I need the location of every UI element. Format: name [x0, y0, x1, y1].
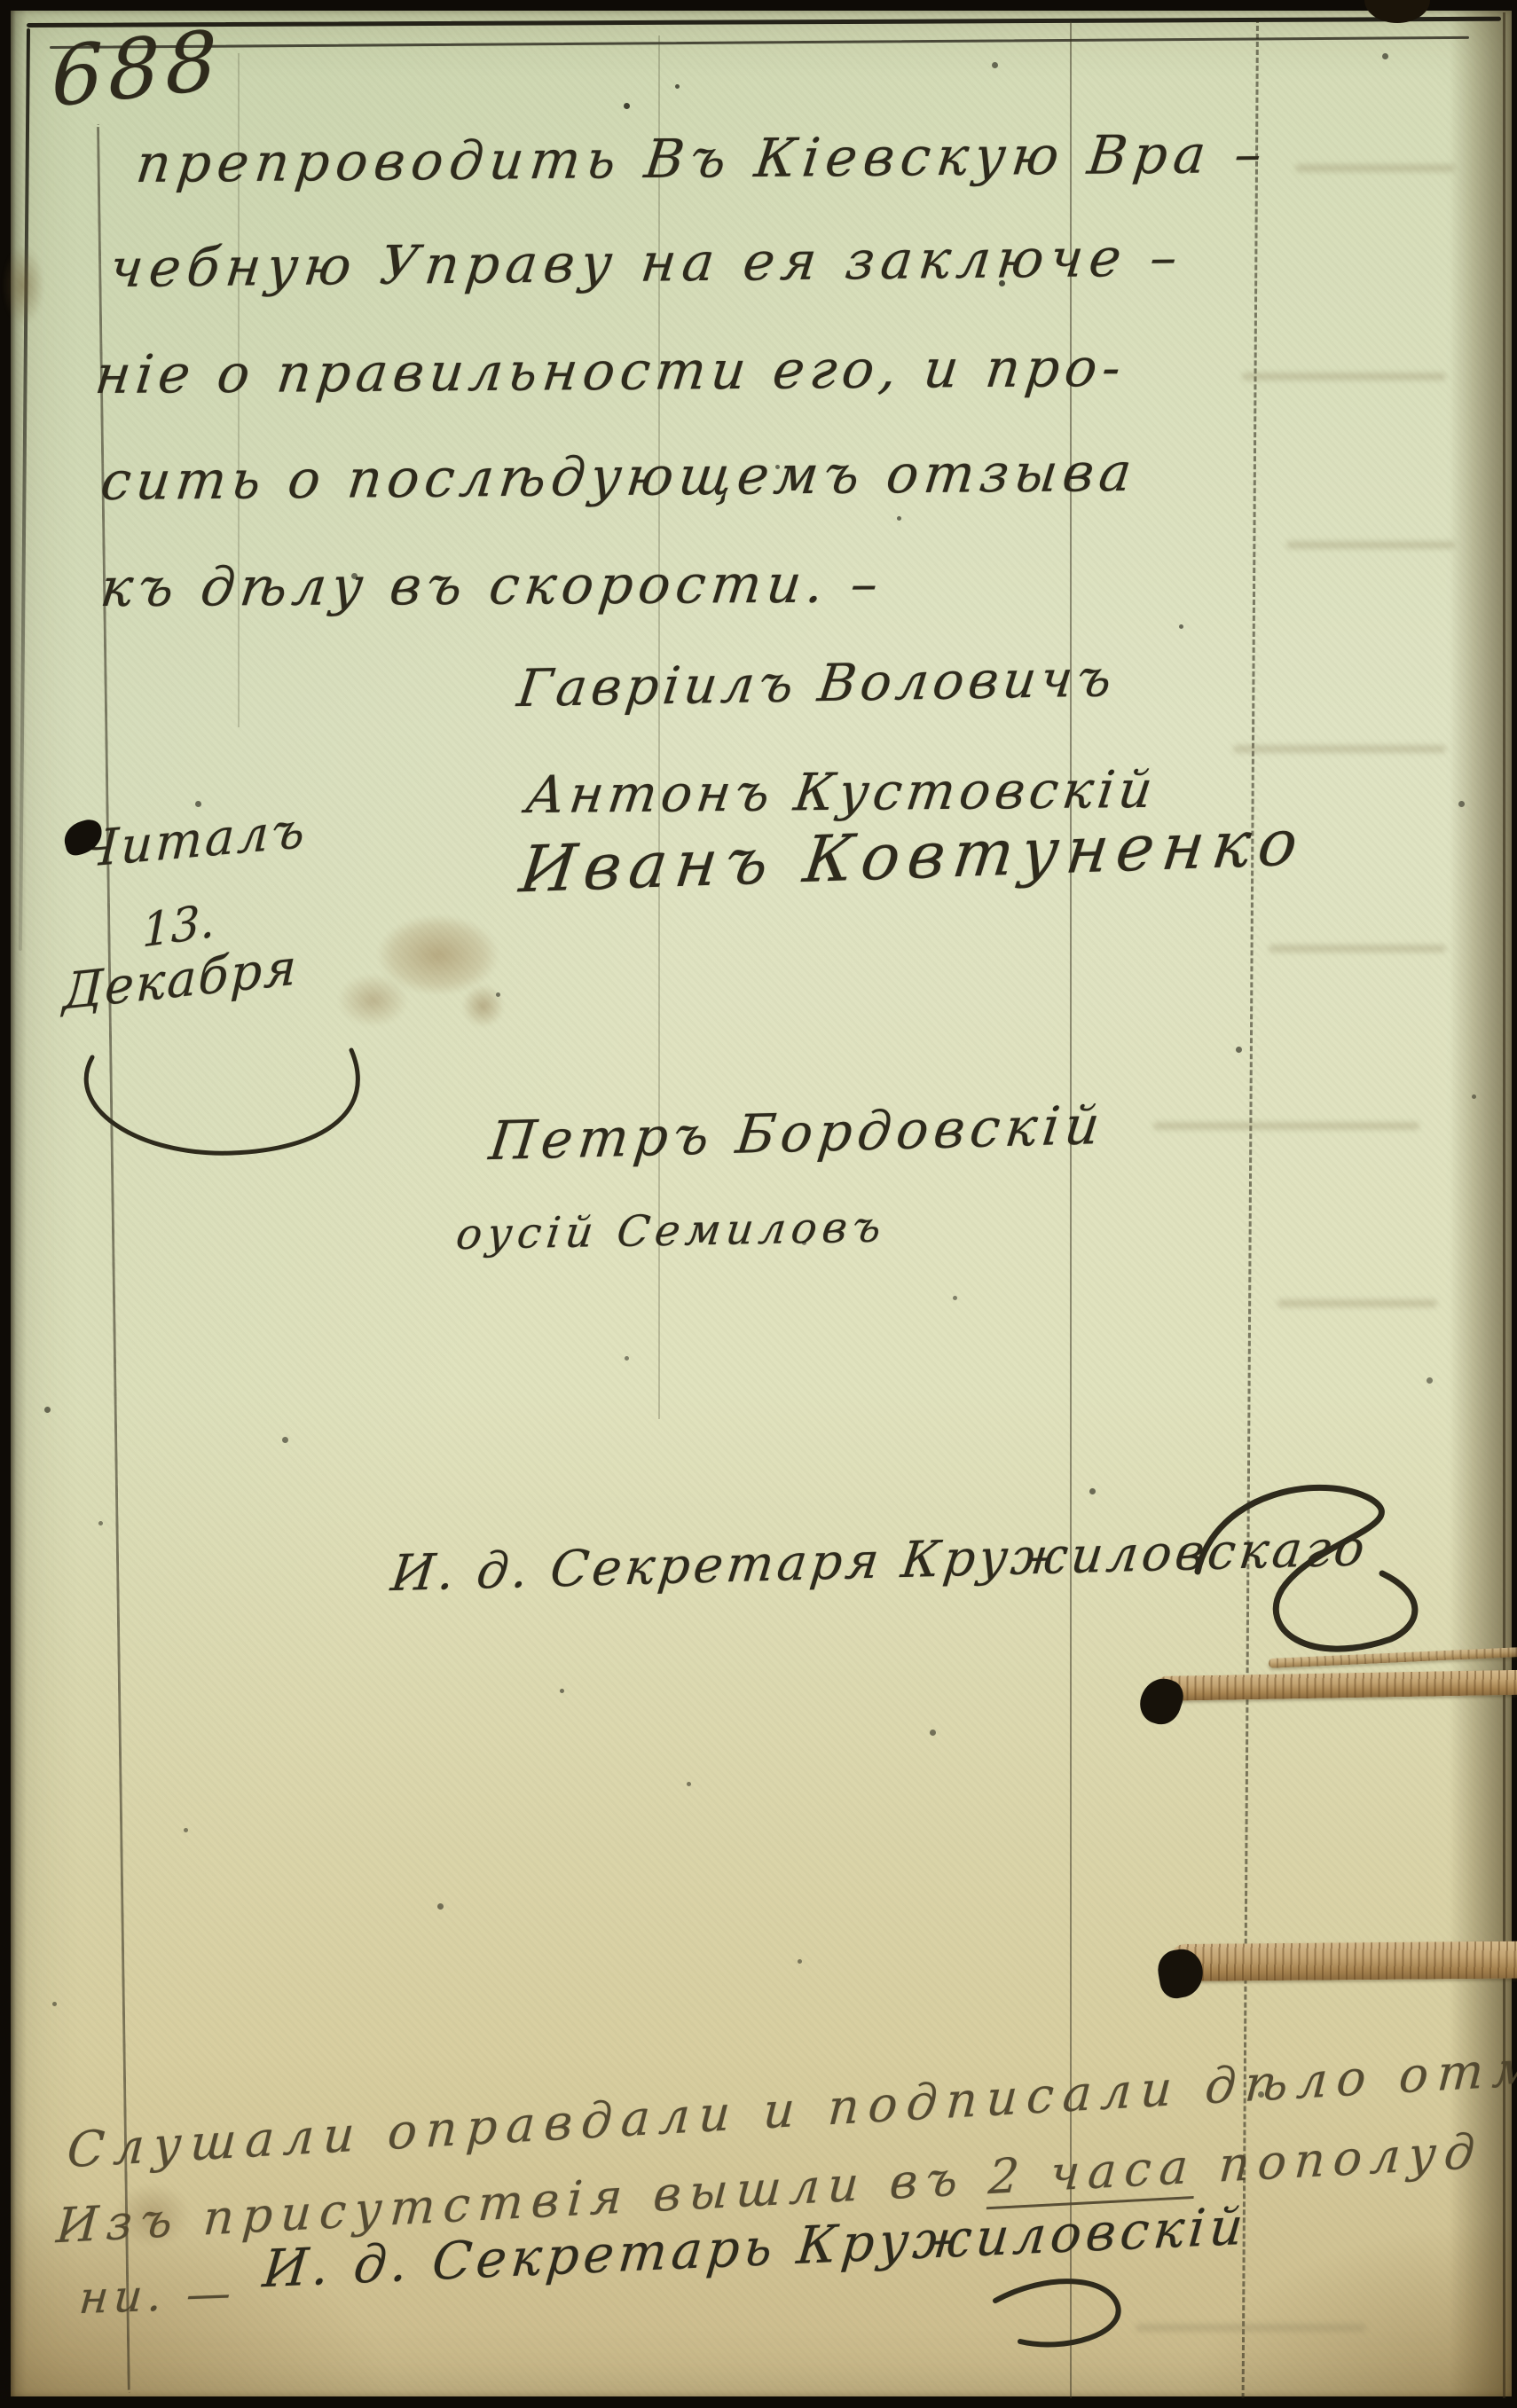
closing-signature-flourish [985, 2267, 1144, 2373]
margin-note-flourish [71, 1045, 381, 1169]
page-number: 688 [51, 12, 223, 126]
bleedthrough-mark [1136, 2324, 1366, 2332]
bleedthrough-mark [1269, 945, 1446, 953]
binding-thread [1171, 1941, 1517, 1981]
bottom-smudge [99, 2171, 206, 2260]
scanned-document-photo: 688 препроводить Въ Кіевскую Вра – чебну… [0, 0, 1517, 2408]
body-text-line: ніе о правильности его, и про- [92, 337, 1129, 406]
brown-stain [316, 901, 520, 1043]
body-text-line: чебную Управу на ея заключе – [106, 226, 1186, 300]
body-text-line: препроводить Въ Кіевскую Вра – [133, 123, 1271, 195]
edge-stain [0, 232, 51, 339]
dust-specks [0, 0, 3, 3]
closing-line-carry: ни. — [77, 2267, 239, 2324]
body-text-line: къ дѣлу въ скорости. – [98, 553, 887, 619]
secretary-signature-flourish [1171, 1465, 1437, 1705]
body-text-line: сить о послѣдующемъ отзыва [98, 442, 1140, 513]
bleedthrough-mark [1242, 373, 1446, 380]
signature: оусій Семиловъ [453, 1203, 889, 1260]
bleedthrough-mark [1295, 164, 1455, 172]
bleedthrough-mark [1233, 745, 1446, 753]
bleedthrough-mark [1153, 1122, 1419, 1130]
signature: Гавріилъ Воловичъ [515, 647, 1120, 718]
bleedthrough-mark [1286, 541, 1455, 549]
bleedthrough-mark [1277, 1299, 1437, 1307]
